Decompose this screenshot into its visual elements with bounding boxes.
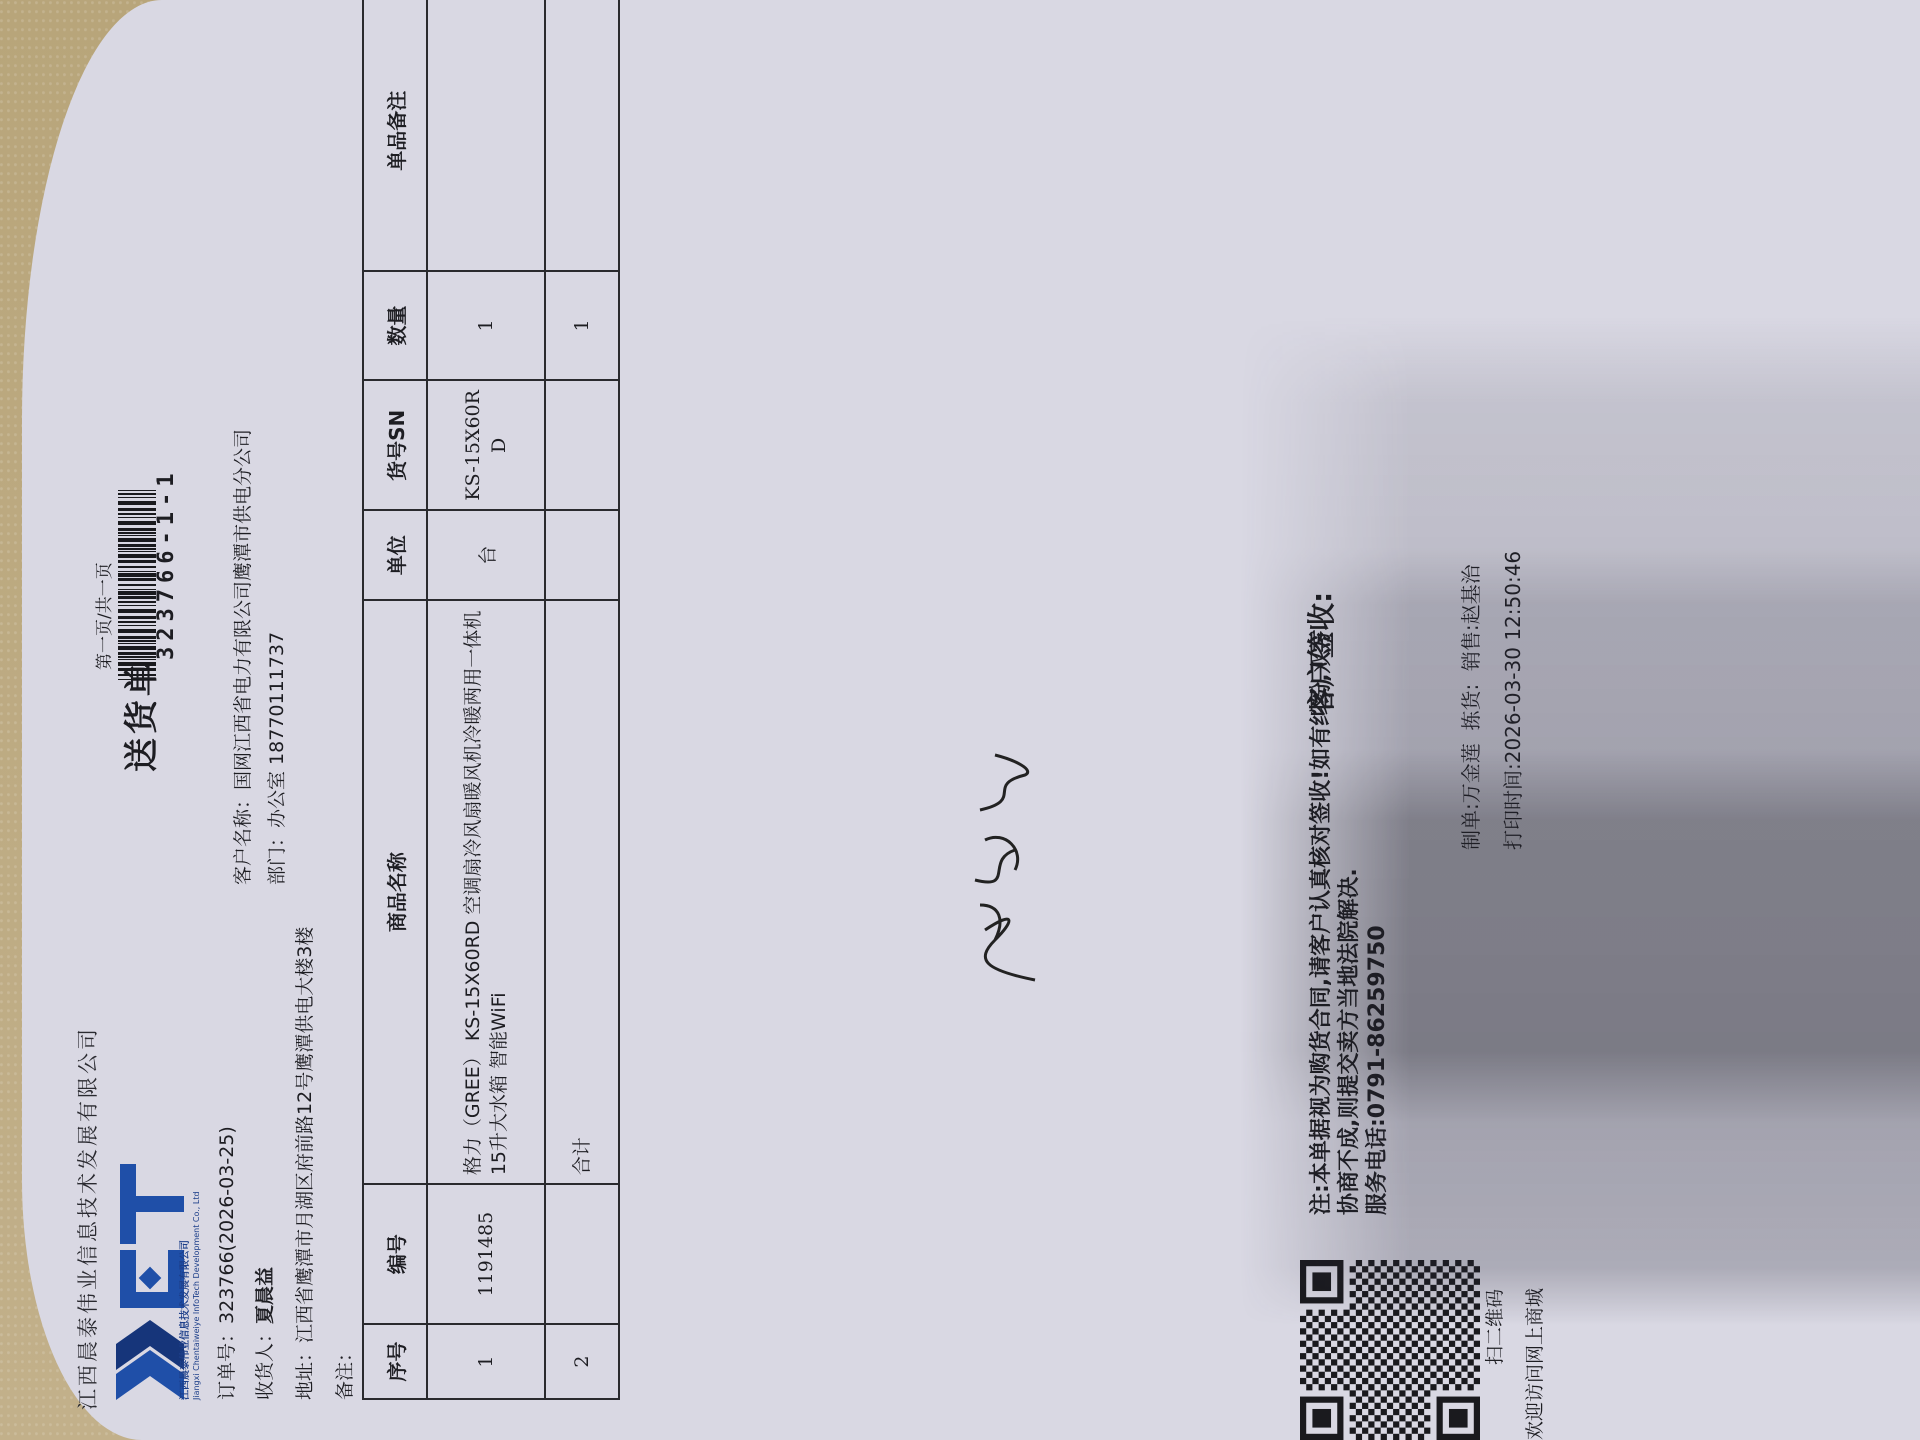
col-seq: 序号 [363, 1324, 427, 1399]
address: 地址：江西省鹰潭市月湖区府前路12号鹰潭供电大楼3楼 [290, 927, 317, 1400]
cell-code [545, 1184, 619, 1324]
barcode-icon [118, 490, 156, 680]
cell-qty: 1 [427, 271, 545, 381]
col-unit: 单位 [363, 510, 427, 600]
cell-remark [545, 0, 619, 271]
address-label: 地址： [294, 1343, 316, 1400]
remark: 备注： [330, 1343, 357, 1400]
logo-subtitle-en: Jiangxi Chentaiweiye InfoTech Developmen… [191, 1191, 202, 1400]
page-info: 第一页/共一页 [90, 562, 115, 670]
barcode-number: 323766-1-1 [154, 468, 179, 660]
cell-sn: KS-15X60RD [427, 380, 545, 510]
shadow-overlay [1240, 0, 1920, 1440]
col-name: 商品名称 [363, 600, 427, 1184]
receiver-label: 收货人： [254, 1324, 276, 1400]
cell-name: 格力（GREE） KS-15X60RD 空调扇冷风扇暖风机冷暖两用一体机 15升… [427, 600, 545, 1184]
col-code: 编号 [363, 1184, 427, 1324]
table-header-row: 序号 编号 商品名称 单位 货号SN 数量 单品备注 [363, 0, 427, 1399]
address-value: 江西省鹰潭市月湖区府前路12号鹰潭供电大楼3楼 [294, 927, 316, 1343]
logo-subtitle-cn: 江西晨泰伟业信息技术发展有限公司 [180, 1191, 191, 1400]
cell-total-label: 合计 [545, 600, 619, 1184]
table-row: 1 1191485 格力（GREE） KS-15X60RD 空调扇冷风扇暖风机冷… [427, 0, 545, 1399]
cell-sn [545, 380, 619, 510]
department: 部门：办公室 18770111737 [262, 632, 289, 885]
order-number: 订单号：323766(2026-03-25) [212, 1126, 239, 1400]
receiver-value: 夏晨益 [254, 1267, 276, 1324]
cell-code: 1191485 [427, 1184, 545, 1324]
col-qty: 数量 [363, 271, 427, 381]
cell-unit: 台 [427, 510, 545, 600]
order-value: 323766(2026-03-25) [216, 1126, 238, 1324]
logo-subtitle: 江西晨泰伟业信息技术发展有限公司 Jiangxi Chentaiweiye In… [180, 1191, 202, 1400]
customer-name: 客户名称：国网江西省电力有限公司鹰潭市供电分公司 [228, 429, 255, 885]
receiver: 收货人：夏晨益 [250, 1267, 277, 1400]
remark-label: 备注： [334, 1343, 356, 1400]
col-remark: 单品备注 [363, 0, 427, 271]
dept-label: 部门： [266, 828, 288, 885]
cell-remark [427, 0, 545, 271]
cell-qty: 1 [545, 271, 619, 381]
cell-seq: 2 [545, 1324, 619, 1399]
col-sn: 货号SN [363, 380, 427, 510]
cell-unit [545, 510, 619, 600]
table-row: 2 合计 1 [545, 0, 619, 1399]
items-table: 序号 编号 商品名称 单位 货号SN 数量 单品备注 1 1191485 格力（… [362, 0, 620, 1400]
cell-seq: 1 [427, 1324, 545, 1399]
customer-value: 国网江西省电力有限公司鹰潭市供电分公司 [232, 429, 254, 790]
handwritten-signature [955, 740, 1055, 1000]
customer-label: 客户名称： [232, 790, 254, 885]
company-name: 江西晨泰伟业信息技术发展有限公司 [72, 1026, 102, 1410]
order-label: 订单号： [216, 1324, 238, 1400]
dept-value: 办公室 18770111737 [266, 632, 288, 828]
